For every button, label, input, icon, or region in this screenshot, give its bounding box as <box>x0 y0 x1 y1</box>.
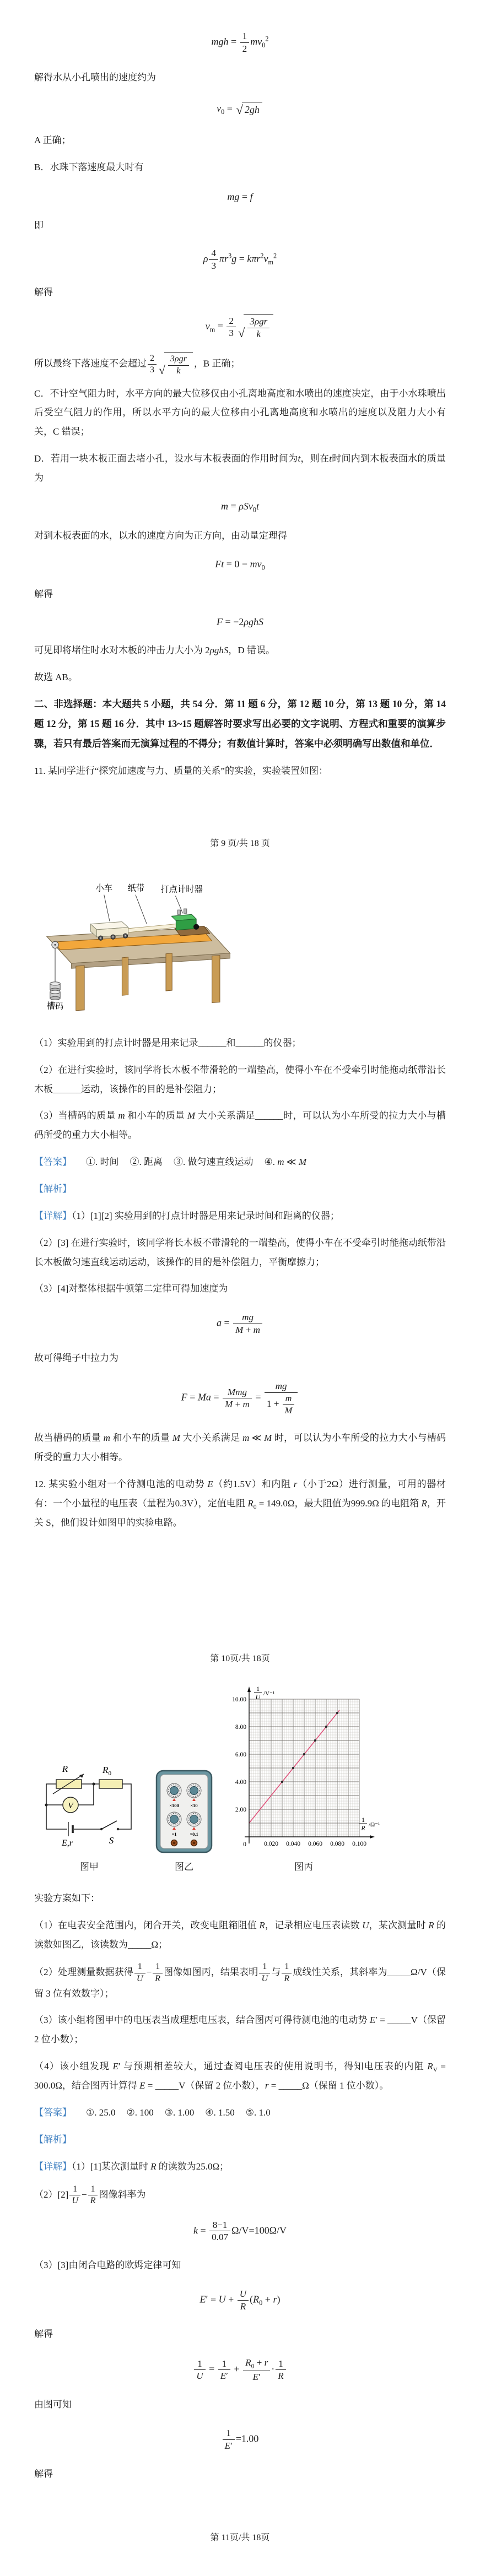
paragraph: 【答案】①. 25.0②. 100③. 1.00④. 1.50⑤. 1.0 <box>34 2103 446 2123</box>
formula-block: ρ43πr3g = kπr2vm2 <box>34 248 446 271</box>
paragraph: 【详解】（1）[1][2] 实验用到的打点计时器是用来记录时间和距离的仪器； <box>34 1207 446 1226</box>
graph-plot-area: 0.0200.0400.0600.0800.1002.004.006.008.0… <box>232 1696 366 1847</box>
svg-text:/V⁻¹: /V⁻¹ <box>263 1690 274 1697</box>
circuit-figure-block: V R R0 E,r S 图甲 <box>34 1760 144 1873</box>
tape-leader-line <box>136 895 147 924</box>
graph-figure: 0.0200.0400.0600.0800.1002.004.006.008.0… <box>224 1683 384 1853</box>
resbox-caption: 图乙 <box>175 1859 193 1873</box>
multiplier-x10: ×10 <box>190 1803 197 1808</box>
formula-block: F = −2ρghS <box>34 616 446 628</box>
paragraph: B．水珠下落速度最大时有 <box>34 158 446 177</box>
paragraph: （3）[4]对整体根据牛顿第二定律可得加速度为 <box>34 1279 446 1299</box>
paragraph: 解得水从小孔喷出的速度约为 <box>34 68 446 88</box>
paragraph: 故当槽码的质量 m 和小车的质量 M 大小关系满足 m ≪ M 时，可以认为小车… <box>34 1429 446 1467</box>
paragraph: 解得 <box>34 2325 446 2344</box>
node-dot <box>92 1782 95 1785</box>
y-tick-label: 8.00 <box>235 1724 246 1731</box>
svg-text:1: 1 <box>362 1816 365 1824</box>
formula-block: 1U = 1E′ + R0 + rE′·1R <box>34 2357 446 2382</box>
apparatus-figure-wrap: 小车 纸带 打点计时器 槽码 <box>33 879 480 1019</box>
paragraph: （2）在进行实验时，该同学将长木板不带滑轮的一端垫高，使得小车在不受牵引时能拖动… <box>34 1061 446 1099</box>
paragraph: A 正确； <box>34 131 446 150</box>
paragraph: 由图可知 <box>34 2395 446 2415</box>
apparatus-figure: 小车 纸带 打点计时器 槽码 <box>33 879 242 1017</box>
x-tick-label: 0.060 <box>308 1841 322 1847</box>
origin-label: 0 <box>243 1841 246 1848</box>
paragraph: D．若用一块木板正面去堵小孔，设水与木板表面的作用时间为t，则在t时间内到木板表… <box>34 449 446 488</box>
experiment-figure-row: V R R0 E,r S 图甲 <box>34 1683 480 1873</box>
paragraph: 11. 某同学进行“探究加速度与力、质量的关系”的实验，实验装置如图： <box>34 762 446 781</box>
paragraph: （2）[3] 在进行实验时，该同学将长木板不带滑轮的一端垫高，使得小车在不受牵引… <box>34 1234 446 1272</box>
paragraph: （3）[3]由闭合电路的欧姆定律可知 <box>34 2256 446 2275</box>
y-axis-arrow <box>247 1686 251 1692</box>
data-point <box>314 1739 316 1742</box>
x-tick-label: 0.100 <box>352 1841 366 1847</box>
formula-block: E′ = U + UR(R0 + r) <box>34 2288 446 2312</box>
x-tick-label: 0.040 <box>286 1841 300 1847</box>
node-dot <box>45 1803 47 1806</box>
data-point <box>303 1753 305 1755</box>
paragraph: （2）处理测量数据获得1U−1R图像如图丙，结果表明1U与1R成线性关系，其斜率… <box>34 1962 446 2003</box>
formula-block: m = ρSv0t <box>34 500 446 514</box>
paragraph: （4）该小组发现 E′ 与预期相差较大，通过查阅电压表的使用说明书，得知电压表的… <box>34 2057 446 2096</box>
formula-block: 1E′=1.00 <box>34 2428 446 2451</box>
svg-text:U: U <box>256 1693 261 1701</box>
paragraph: 【答案】①. 时间②. 距离③. 做匀速直线运动④. m ≪ M <box>34 1153 446 1172</box>
switch <box>100 1821 119 1830</box>
resistor-R0 <box>99 1780 122 1788</box>
wires <box>46 1784 131 1829</box>
formula-block: Ft = 0 − mv0 <box>34 558 446 572</box>
tape-label: 纸带 <box>128 883 145 893</box>
resistance-box-figure: ×100 ×10 ×1 ×0.1 <box>155 1770 213 1853</box>
data-point <box>325 1726 327 1728</box>
content-section-1: mgh = 12mv02解得水从小孔喷出的速度约为v0 = √2ghA 正确；B… <box>0 31 480 849</box>
page-footer: 第 10页/共 18页 <box>34 1651 446 1664</box>
formula-block: v0 = √2gh <box>34 102 446 117</box>
formula-block: F = Ma = MmgM + m = mg1 + mM <box>34 1381 446 1416</box>
paragraph: 即 <box>34 216 446 236</box>
y-axis-label: 1 U /V⁻¹ <box>254 1685 274 1701</box>
paragraph: 【解析】 <box>34 2130 446 2150</box>
battery <box>68 1822 73 1836</box>
graph-caption: 图丙 <box>294 1859 313 1873</box>
paragraph: 可见即将堵住时水对木板的冲击力大小为 2ρghS，D 错误。 <box>34 641 446 660</box>
paragraph: 所以最终下落速度不会超过23√3ρgrk，B 正确； <box>34 352 446 376</box>
multiplier-x1: ×1 <box>171 1831 176 1837</box>
paragraph: C．不计空气阻力时，水平方向的最大位移仅由小孔离地高度和水喷出的速度决定，由于小… <box>34 384 446 442</box>
paragraph: （1）在电表安全范围内，闭合开关，改变电阻箱阻值 R，记录相应电压表读数 U，某… <box>34 1916 446 1955</box>
y-tick-label: 4.00 <box>235 1779 246 1786</box>
page-footer: 第 11页/共 18页 <box>34 2530 446 2543</box>
resistance-box-block: ×100 ×10 ×1 ×0.1 图乙 <box>155 1770 213 1873</box>
y-tick-label: 10.00 <box>232 1696 246 1703</box>
slotted-weights <box>50 982 60 1000</box>
cart-leader-line <box>104 895 110 921</box>
paragraph: 【详解】（1）[1]某次测量时 R 的读数为25.0Ω； <box>34 2157 446 2177</box>
document-page: mgh = 12mv02解得水从小孔喷出的速度约为v0 = √2ghA 正确；B… <box>0 0 480 2576</box>
data-point <box>281 1781 283 1783</box>
paragraph: 解得 <box>34 2465 446 2484</box>
paragraph: 【解析】 <box>34 1180 446 1199</box>
paragraph: 故选 AB。 <box>34 668 446 687</box>
weights-label: 槽码 <box>47 1002 64 1011</box>
paragraph: （2）[2]1U−1R图像斜率为 <box>34 2184 446 2206</box>
cart-label: 小车 <box>95 883 112 893</box>
paragraph: 对到木板表面的水，以水的速度方向为正方向，由动量定理得 <box>34 527 446 546</box>
content-section-3: 实验方案如下：（1）在电表安全范围内，闭合开关，改变电阻箱阻值 R，记录相应电压… <box>0 1889 480 2544</box>
x-axis-arrow <box>370 1835 375 1839</box>
formula-block: mgh = 12mv02 <box>34 31 446 54</box>
svg-text:/Ω⁻¹: /Ω⁻¹ <box>369 1821 380 1828</box>
formula-block: a = mgM + m <box>34 1312 446 1335</box>
battery-label: E,r <box>61 1839 73 1848</box>
circuit-figure: V R R0 E,r S <box>34 1760 144 1853</box>
multiplier-x100: ×100 <box>169 1803 179 1808</box>
timer-wheel <box>193 924 199 930</box>
circuit-caption: 图甲 <box>80 1859 99 1873</box>
switch-label: S <box>109 1835 114 1846</box>
paragraph: （3）当槽码的质量 m 和小车的质量 M 大小关系满足______时，可以认为小… <box>34 1107 446 1145</box>
formula-block: k = 8−10.07Ω/V=100Ω/V <box>34 2220 446 2243</box>
paragraph: 解得 <box>34 283 446 302</box>
section-heading: 二、非选择题：本大题共 5 小题，共 54 分．第 11 题 6 分，第 12 … <box>34 695 446 754</box>
R0-label: R0 <box>102 1765 111 1777</box>
paragraph: （3）该小组将图甲中的电压表当成理想电压表，结合图丙可得待测电池的电动势 E′ … <box>34 2011 446 2049</box>
box-face <box>160 1775 208 1848</box>
paragraph: 12. 某实验小组对一个待测电池的电动势 E（约1.5V）和内阻 r（小于2Ω）… <box>34 1475 446 1533</box>
graph-figure-block: 0.0200.0400.0600.0800.1002.004.006.008.0… <box>224 1683 384 1873</box>
content-section-2: （1）实验用到的打点计时器是用来记录______和______的仪器；（2）在进… <box>0 1034 480 1664</box>
paragraph: 实验方案如下： <box>34 1889 446 1908</box>
y-tick-label: 6.00 <box>235 1751 246 1758</box>
formula-block: mg = f <box>34 191 446 203</box>
R-label: R <box>62 1764 68 1774</box>
x-tick-label: 0.020 <box>264 1841 278 1847</box>
paragraph: 故可得绳子中拉力为 <box>34 1349 446 1368</box>
multiplier-x01: ×0.1 <box>190 1831 198 1837</box>
x-axis-label: 1 R /Ω⁻¹ <box>359 1816 380 1832</box>
paragraph: （1）实验用到的打点计时器是用来记录______和______的仪器； <box>34 1034 446 1053</box>
svg-text:1: 1 <box>256 1685 260 1693</box>
x-tick-label: 0.080 <box>330 1841 344 1847</box>
data-point <box>336 1712 338 1714</box>
formula-block: vm = 23√3ρgrk <box>34 314 446 339</box>
data-point <box>292 1767 294 1769</box>
y-tick-label: 2.00 <box>235 1807 246 1813</box>
timer-label: 打点计时器 <box>160 884 203 894</box>
page-footer: 第 9 页/共 18 页 <box>34 836 446 849</box>
svg-text:R: R <box>360 1824 365 1832</box>
paragraph: 解得 <box>34 585 446 604</box>
